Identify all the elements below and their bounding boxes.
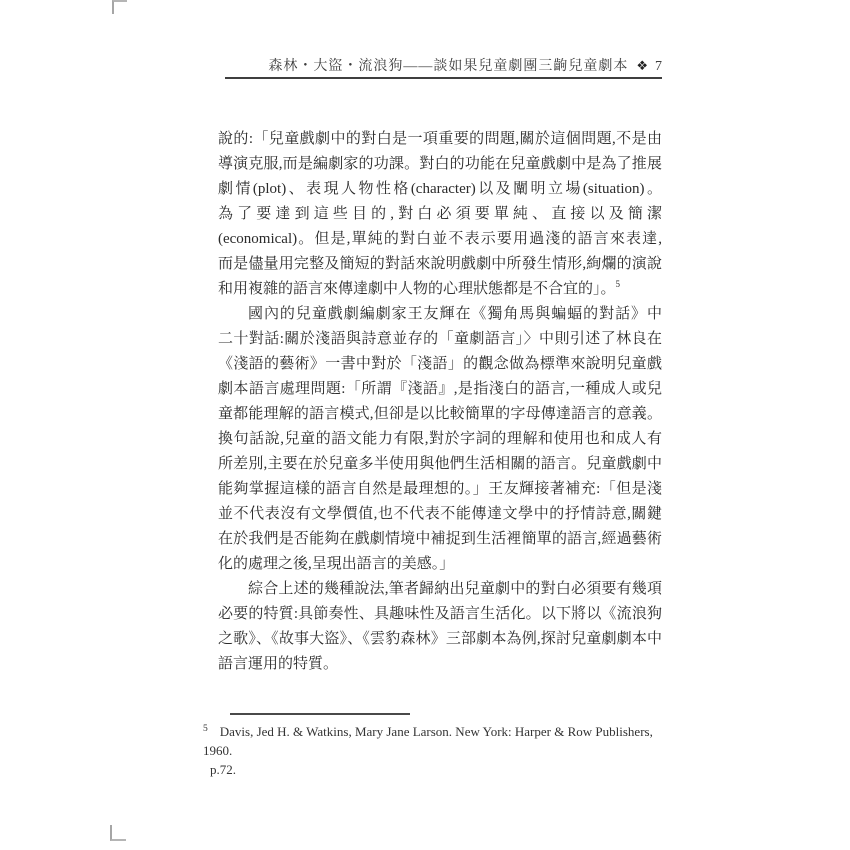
body-text-line: 必要的特質:具節奏性、具趣味性及語言生活化。以下將以《流浪狗 xyxy=(218,602,662,627)
body-text-line: 能夠掌握這樣的語言自然是最理想的。」王友輝接著補充:「但是淺語 xyxy=(218,477,662,502)
body-text-line: 《淺語的藝術》一書中對於「淺語」的觀念做為標準來說明兒童戲劇的 xyxy=(218,352,662,377)
crop-mark-bottom-left-icon xyxy=(110,825,126,841)
footnote-page-ref: p.72. xyxy=(203,760,665,779)
body-text-line: 之歌》、《故事大盜》、《雲豹森林》三部劇本為例,探討兒童劇劇本中 xyxy=(218,627,662,652)
running-header-title: 森林・大盜・流浪狗——談如果兒童劇團三齣兒童劇本 xyxy=(268,59,628,74)
footnote: 5Davis, Jed H. & Watkins, Mary Jane Lars… xyxy=(203,722,665,779)
footnote-line: 5Davis, Jed H. & Watkins, Mary Jane Lars… xyxy=(203,722,665,760)
body-text-line: 劇本語言處理問題:「所謂『淺語』,是指淺白的語言,一種成人或兒 xyxy=(218,377,662,402)
diamond-ornament-icon: ❖ xyxy=(636,58,649,73)
page-number: 7 xyxy=(655,59,662,74)
body-text-line: 所差別,主要在於兒童多半使用與他們生活相關的語言。兒童戲劇中 xyxy=(218,452,662,477)
body-text-line: 劇情(plot)、表現人物性格(character)以及闡明立場(situati… xyxy=(218,177,662,202)
body-text-line: 說的:「兒童戲劇中的對白是一項重要的問題,關於這個問題,不是由 xyxy=(218,127,662,152)
body-text-line: 語言運用的特質。 xyxy=(218,652,662,677)
footnote-citation: Davis, Jed H. & Watkins, Mary Jane Larso… xyxy=(203,724,653,758)
footnote-reference-marker: 5 xyxy=(616,279,621,289)
body-text-line: 童都能理解的語言模式,但卻是以比較簡單的字母傳達語言的意義。 xyxy=(218,402,662,427)
header-rule xyxy=(225,77,662,79)
body-text-line: 為了要達到這些目的,對白必須要單純、直接以及簡潔 xyxy=(218,202,662,227)
body-text-line: 二十對話:關於淺語與詩意並存的「童劇語言」〉中則引述了林良在 xyxy=(218,327,662,352)
body-text-line: 在於我們是否能夠在戲劇情境中補捉到生活裡簡單的語言,經過藝術 xyxy=(218,527,662,552)
body-text-line: 綜合上述的幾種說法,筆者歸納出兒童劇中的對白必須要有幾項 xyxy=(218,577,662,602)
book-page-scan: 森林・大盜・流浪狗——談如果兒童劇團三齣兒童劇本❖7 說的:「兒童戲劇中的對白是… xyxy=(0,0,850,850)
body-text-line: 和用複雜的語言來傳達劇中人物的心理狀態都是不合宜的」。5 xyxy=(218,277,662,302)
body-text-line: 化的處理之後,呈現出語言的美感。」 xyxy=(218,552,662,577)
crop-mark-top-left-icon xyxy=(112,0,127,14)
body-text-line: 換句話說,兒童的語文能力有限,對於字詞的理解和使用也和成人有 xyxy=(218,427,662,452)
body-text-line: 並不代表沒有文學價值,也不代表不能傳達文學中的抒情詩意,關鍵 xyxy=(218,502,662,527)
body-text-line: 而是儘量用完整及簡短的對話來說明戲劇中所發生情形,絢爛的演說 xyxy=(218,252,662,277)
body-text-line: 導演克服,而是編劇家的功課。對白的功能在兒童戲劇中是為了推展 xyxy=(218,152,662,177)
body-text: 說的:「兒童戲劇中的對白是一項重要的問題,關於這個問題,不是由導演克服,而是編劇… xyxy=(218,127,662,677)
body-text-line: (economical)。但是,單純的對白並不表示要用過淺的語言來表達, xyxy=(218,227,662,252)
footnote-number: 5 xyxy=(203,724,208,734)
footnote-rule xyxy=(230,713,410,715)
body-text-line: 國內的兒童戲劇編劇家王友輝在《獨角馬與蝙蝠的對話》中〈第 xyxy=(218,302,662,327)
running-header: 森林・大盜・流浪狗——談如果兒童劇團三齣兒童劇本❖7 xyxy=(168,55,662,75)
